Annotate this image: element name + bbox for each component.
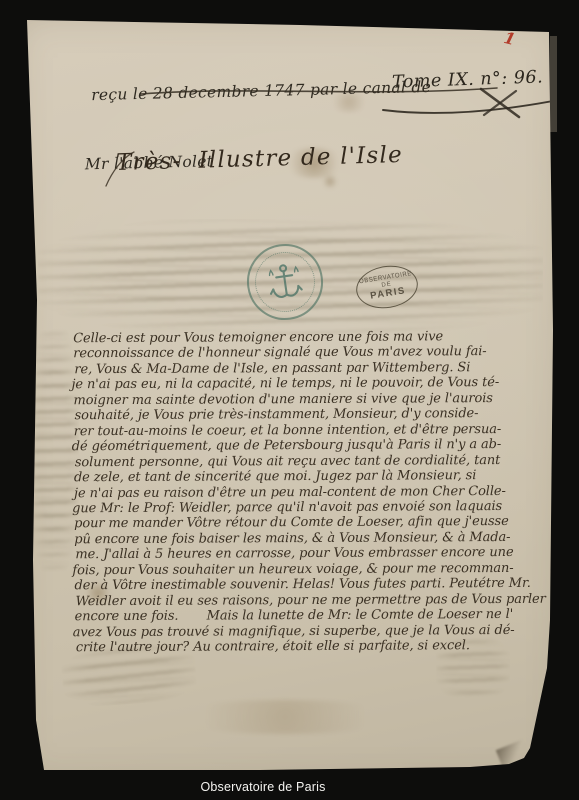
archive-photo: reçu le 28 decembre 1747 par le canal de… [0,0,579,800]
underlying-sheet-edge [550,36,557,132]
collection-reference: Tome IX. n°: 96. [392,67,544,92]
letter-line: reconnoissance de l'honneur signalé que … [73,344,548,362]
manuscript-page: reçu le 28 decembre 1747 par le canal de… [0,0,579,800]
corner-fold-shadow [496,739,531,767]
anchor-icon [259,256,311,308]
letter-line: avez Vous pas trouvé si magnifique, si s… [73,622,550,640]
caption: Observatoire de Paris [113,780,413,794]
letter-line: solument personne, qui Vous ait reçu ave… [75,452,549,470]
folio-number: 1 [502,28,517,49]
paper-stain [170,700,400,734]
received-note-line-1: reçu le 28 decembre 1747 par le canal de [91,76,431,107]
letter-line: crite l'autre jour? Au contraire, étoit … [76,638,550,656]
stamp-text-paris: PARIS [369,285,406,301]
letter-body: Celle-ci est pour Vous temoigner encore … [73,329,550,656]
archivist-received-note: reçu le 28 decembre 1747 par le canal de… [90,30,434,222]
